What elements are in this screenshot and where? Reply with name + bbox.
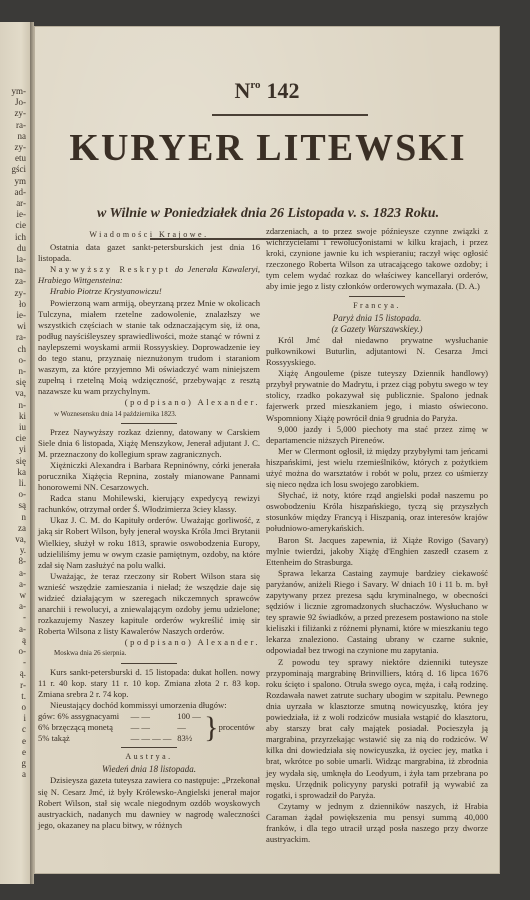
article-paragraph: Sprawa lekarza Castaing zaymuje bardziey… — [266, 568, 488, 657]
adjacent-page-text-fragment: r- — [0, 680, 26, 691]
article-paragraph: Nieustający dochód kommissyi umorzenia d… — [38, 700, 260, 711]
dateline: Wiedeń dnia 18 listopada. — [38, 764, 260, 775]
adjacent-page-text-fragment: ło — [0, 299, 26, 310]
article-paragraph: Czytamy w jednym z dzienników naszych, i… — [266, 801, 488, 845]
article-paragraph: Xiężniczki Alexandra i Barbara Repninówn… — [38, 460, 260, 493]
adjacent-page-text-fragment: są — [0, 500, 26, 511]
adjacent-page-text-fragment: gści — [0, 164, 26, 175]
adjacent-page-text-fragment: 8- — [0, 556, 26, 567]
article-paragraph: Dzisieysza gazeta tuteysza zawiera co na… — [38, 775, 260, 830]
issue-sup: ro — [250, 79, 260, 91]
adjacent-page-text-fragment: g — [0, 758, 26, 769]
divider — [121, 423, 177, 424]
adjacent-page-edge: ym-Jo-zy-ra-nazy-etugściymad-ar-ie-cieic… — [0, 22, 31, 884]
adjacent-page-text-fragment: cie — [0, 433, 26, 444]
adjacent-page-text-fragment: ich — [0, 232, 26, 243]
section-heading-austria: Austrya. — [38, 751, 260, 762]
article-paragraph: Ukaz J. C. M. do Kapituły orderów. Uważa… — [38, 515, 260, 570]
adjacent-page-text-fragment: a- — [0, 579, 26, 590]
adjacent-page-text-fragment: wi — [0, 321, 26, 332]
adjacent-page-text-fragment: a- — [0, 624, 26, 635]
place-date: Moskwa dnia 26 sierpnia. — [38, 648, 260, 659]
adjacent-page-text-fragment: ki — [0, 411, 26, 422]
adjacent-page-text-fragment: ą — [0, 635, 26, 646]
article-paragraph: Mer w Clermont ogłosił, iż między przyby… — [266, 446, 488, 490]
rate-row: gów: 6% assygnacyami— —100 — } procentów — [38, 711, 260, 722]
dateline-subtitle: w Wilnie w Poniedziałek dnia 26 Listopad… — [48, 206, 488, 222]
adjacent-page-text-fragment: yi — [0, 444, 26, 455]
article-paragraph: Słychać, iż noty, które rząd angielski p… — [266, 490, 488, 534]
salutation: Hrabio Piotrze Krystyanowiczu! — [38, 286, 260, 297]
article-paragraph: Powierzoną wam armiją, obeyrzaną przez M… — [38, 298, 260, 398]
adjacent-page-text-fragment: zy- — [0, 142, 26, 153]
adjacent-page-text-fragment: a- — [0, 568, 26, 579]
masthead: Nro142 KURYER LITEWSKI w Wilnie w Ponied… — [34, 26, 500, 226]
dateline: Paryż dnia 15 listopada. — [266, 313, 488, 324]
adjacent-page-text-fragment: - — [0, 657, 26, 668]
adjacent-page-text-fragment: a — [0, 769, 26, 780]
adjacent-page-text-fragment: w — [0, 590, 26, 601]
adjacent-page-text-fragment: ra- — [0, 332, 26, 343]
adjacent-page-text-fragment: t. — [0, 691, 26, 702]
adjacent-page-text-fragment: ą. — [0, 668, 26, 679]
article-paragraph: zdarzeniach, a to przez swoje późnieysze… — [266, 226, 488, 293]
adjacent-page-text-fragment: ka — [0, 467, 26, 478]
newspaper-title: KURYER LITEWSKI — [48, 126, 488, 170]
adjacent-page-text-fragment: etu — [0, 153, 26, 164]
signature: (podpisano) Alexander. — [38, 397, 260, 408]
adjacent-page-text-fragment: iu — [0, 422, 26, 433]
adjacent-page-text-fragment: za — [0, 523, 26, 534]
article-paragraph: Radca stanu Mohilewski, kierujący expedy… — [38, 493, 260, 515]
rates-table: gów: 6% assygnacyami— —100 — } procentów… — [38, 711, 260, 744]
right-column: zdarzeniach, a to przez swoje późnieysze… — [266, 226, 488, 845]
adjacent-page-text-fragment: n- — [0, 400, 26, 411]
newspaper-page: Nro142 KURYER LITEWSKI w Wilnie w Ponied… — [34, 26, 500, 874]
article-paragraph: Ostatnia data gazet sankt-petersburskich… — [38, 242, 260, 264]
adjacent-page-text-fragment: la- — [0, 254, 26, 265]
divider — [121, 663, 177, 664]
adjacent-page-text-fragment: ie- — [0, 209, 26, 220]
place-date: w Woznesensku dnia 14 października 1823. — [38, 409, 260, 420]
adjacent-page-text-fragment: ie- — [0, 310, 26, 321]
adjacent-page-text-fragment: Jo- — [0, 97, 26, 108]
source-note: (z Gazety Warszawskiey.) — [266, 324, 488, 335]
issue-prefix: N — [234, 78, 250, 103]
brace: } — [204, 711, 218, 744]
issue-number: Nro142 — [34, 78, 500, 104]
adjacent-page-text-fragment: o- — [0, 355, 26, 366]
adjacent-page-text-fragment: ra- — [0, 120, 26, 131]
adjacent-page-text-fragment: za- — [0, 276, 26, 287]
adjacent-page-text-fragment: o- — [0, 489, 26, 500]
adjacent-page-text-fragment: zy- — [0, 288, 26, 299]
adjacent-page-text-fragment: o- — [0, 646, 26, 657]
adjacent-page-text-fragment: y. — [0, 545, 26, 556]
adjacent-page-text-fragment: zy- — [0, 108, 26, 119]
adjacent-page-text-fragment: na — [0, 131, 26, 142]
adjacent-page-text-fragment: - — [0, 612, 26, 623]
adjacent-page-text-fragment: n — [0, 512, 26, 523]
adjacent-page-text-fragment: o — [0, 702, 26, 713]
adjacent-page-text-fragment: a- — [0, 601, 26, 612]
adjacent-page-text-fragment: du — [0, 243, 26, 254]
adjacent-page-text-fragment: ym- — [0, 86, 26, 97]
article-paragraph: Baron St. Jacques zapewnia, iż Xiąże Rov… — [266, 535, 488, 568]
article-paragraph: Przez Naywyższy rozkaz dzienny, datowany… — [38, 427, 260, 460]
masthead-rule-top — [212, 114, 368, 116]
adjacent-page-text-fragment: va, — [0, 534, 26, 545]
section-heading-france: Francya. — [266, 300, 488, 311]
adjacent-page-text-fragment: cie — [0, 220, 26, 231]
adjacent-page-text-fragment: e — [0, 747, 26, 758]
adjacent-page-text-fragment: ch — [0, 344, 26, 355]
divider — [121, 747, 177, 748]
adjacent-page-text-fragment: i — [0, 713, 26, 724]
adjacent-page-text-fragment: e — [0, 736, 26, 747]
signature: (podpisano) Alexander. — [38, 637, 260, 648]
article-paragraph: Uważając, że teraz rzeczony sir Robert W… — [38, 571, 260, 638]
scanner-background — [500, 26, 530, 874]
article-paragraph: Xiążę Angouleme (pisze tuteyszy Dziennik… — [266, 368, 488, 423]
adjacent-page-text-fragment: ar- — [0, 198, 26, 209]
article-paragraph: 9,000 jazdy i 5,000 piechoty ma stać prz… — [266, 424, 488, 446]
adjacent-page-text-fragment: n- — [0, 366, 26, 377]
article-paragraph: Kurs sankt-petersburski d. 15 listopada:… — [38, 667, 260, 700]
article-paragraph: Naywyższy Reskrypt do Jenerała Kawaleryi… — [38, 264, 260, 286]
adjacent-page-text-fragment: li. — [0, 478, 26, 489]
adjacent-page-text-fragment: się — [0, 377, 26, 388]
article-paragraph: Król Jmć dał niedawno prywatne wysłuchan… — [266, 335, 488, 368]
left-column: Wiadomości Krajowe. Ostatnia data gazet … — [38, 226, 260, 831]
adjacent-page-text-fragment: c — [0, 724, 26, 735]
section-heading-domestic: Wiadomości Krajowe. — [38, 229, 260, 240]
issue-number-value: 142 — [267, 78, 300, 103]
adjacent-page-text-fragment: ym — [0, 176, 26, 187]
adjacent-page-text-fragment: na- — [0, 265, 26, 276]
adjacent-page-text-fragment: ad- — [0, 187, 26, 198]
adjacent-page-text-fragment: va, — [0, 388, 26, 399]
adjacent-page-text-fragment: się — [0, 456, 26, 467]
article-paragraph: Z powodu tey sprawy niektóre dzienniki t… — [266, 657, 488, 801]
divider — [349, 296, 405, 297]
